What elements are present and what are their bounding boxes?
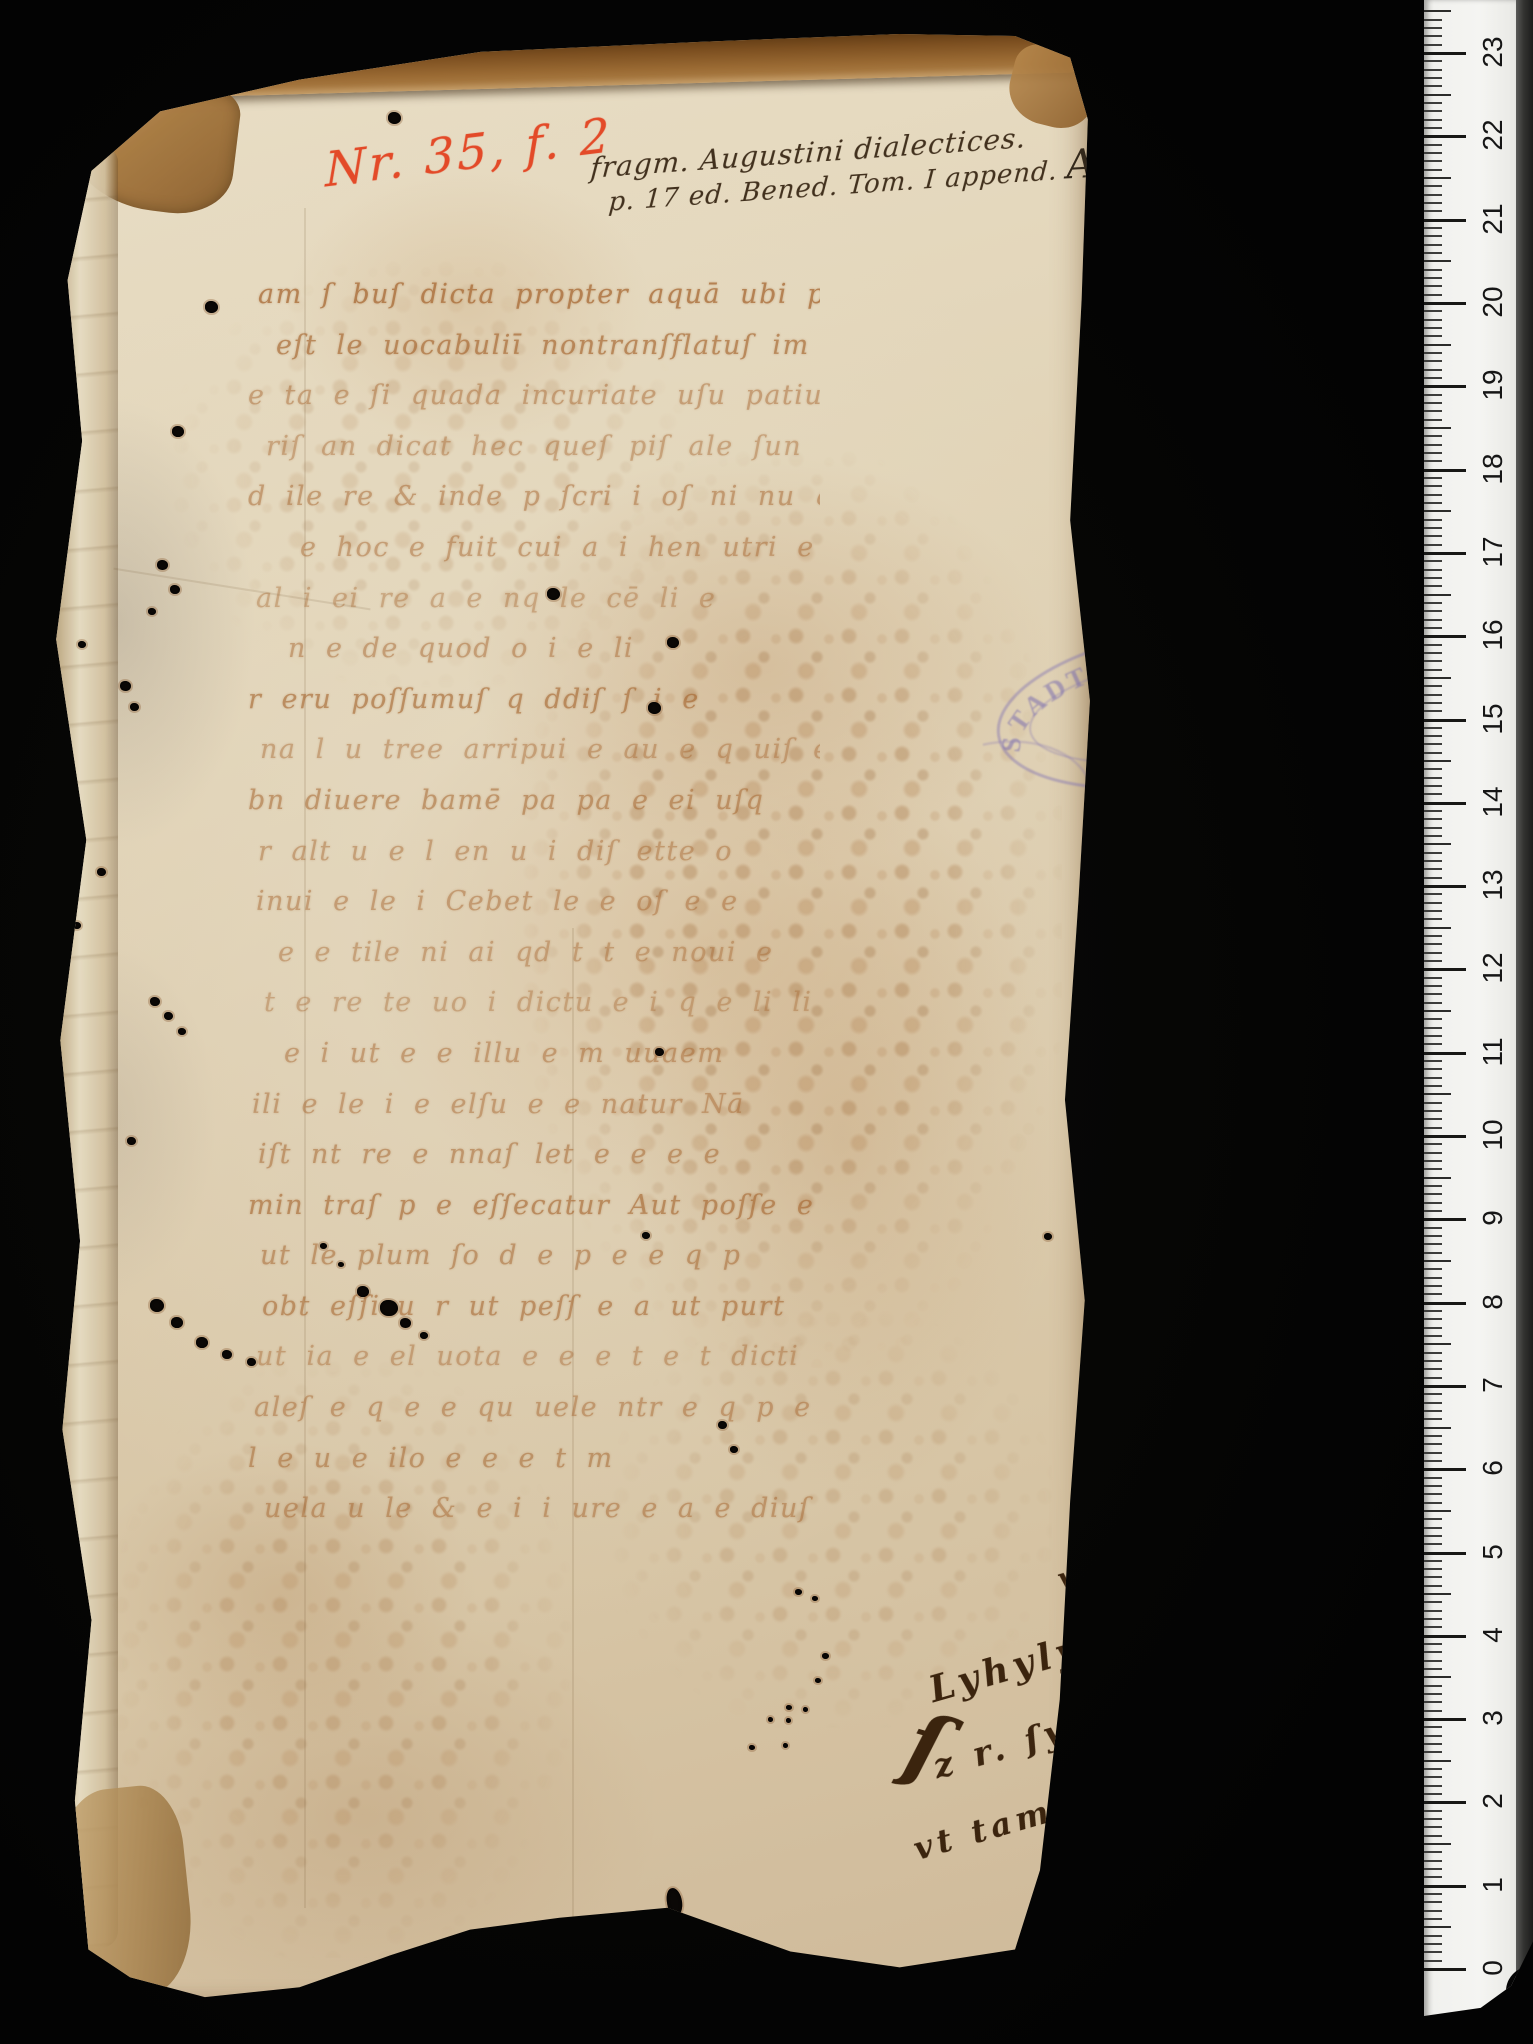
manuscript-text-line: iſt nt re e nnaſ let e e e e — [248, 1130, 820, 1181]
ruler-tick — [1424, 94, 1451, 96]
worm-hole — [1078, 1160, 1088, 1169]
worm-hole — [749, 1745, 755, 1750]
worm-hole — [172, 426, 184, 437]
ruler-tick — [1424, 269, 1442, 271]
old-shelf-number-struck: 302 — [1187, 152, 1245, 185]
manuscript-text-line: inui e le i Cebet le e oſ e e — [248, 877, 820, 928]
ruler-tick — [1424, 527, 1442, 529]
ruler-tick — [1424, 10, 1451, 12]
ruler-tick — [1424, 1876, 1442, 1878]
ruler-tick — [1424, 360, 1442, 362]
worm-hole — [150, 1299, 164, 1312]
ruler-tick — [1424, 1093, 1451, 1095]
worm-hole — [1044, 1233, 1052, 1240]
ruler-tick — [1424, 702, 1442, 704]
ruler-tick — [1424, 694, 1442, 696]
worm-hole — [222, 1350, 232, 1359]
ruler-tick — [1424, 1060, 1442, 1062]
ruler-tick — [1424, 594, 1451, 596]
ruler-tick — [1424, 768, 1442, 770]
manuscript-text-line: t e re te uo i dictu e i q e li li — [248, 978, 820, 1029]
ruler-tick — [1424, 1052, 1466, 1055]
ruler-tick — [1424, 1452, 1442, 1454]
ruler-tick — [1424, 1751, 1442, 1753]
ruler-tick — [1424, 793, 1442, 795]
worm-hole — [130, 703, 139, 711]
ruler-tick — [1424, 1943, 1442, 1945]
ruler-number: 3 — [1470, 1695, 1516, 1741]
ruler-tick — [1424, 552, 1466, 555]
ruler-tick — [1424, 494, 1442, 496]
ruler-tick — [1424, 1343, 1451, 1345]
ruler-tick — [1424, 777, 1442, 779]
manuscript-text-line: l e u e ilo e e e t m — [248, 1434, 820, 1485]
ruler-tick — [1424, 827, 1442, 829]
worm-hole — [148, 608, 156, 615]
ruler-tick — [1424, 627, 1442, 629]
ruler-tick — [1424, 1960, 1442, 1962]
ruler-tick — [1424, 144, 1442, 146]
ruler-edge-shadow — [1516, 0, 1533, 2018]
ruler-tick — [1424, 1168, 1442, 1170]
ruler-number: 22 — [1470, 112, 1516, 158]
ruler-tick — [1424, 802, 1466, 805]
worm-hole — [320, 1243, 327, 1249]
photo-stage: am ſ buſ dicta propter aquā ubi piſcib;e… — [0, 0, 1533, 2044]
ruler-number: 19 — [1470, 362, 1516, 408]
ruler-number: 16 — [1470, 612, 1516, 658]
ruler-tick — [1424, 44, 1442, 46]
ruler-tick — [1424, 119, 1442, 121]
ruler-tick — [1424, 1427, 1451, 1429]
ruler-number: 21 — [1470, 196, 1516, 242]
ruler-tick — [1424, 1218, 1466, 1221]
ruler-tick — [1424, 560, 1442, 562]
ruler-tick — [1424, 160, 1442, 162]
ruler-tick — [1424, 577, 1442, 579]
worm-hole — [786, 1705, 792, 1710]
ruler-tick — [1424, 485, 1442, 487]
ruler-tick — [1424, 1926, 1451, 1928]
ruler-tick — [1424, 1801, 1466, 1804]
worm-hole — [730, 1446, 738, 1453]
ruler-number: 9 — [1470, 1195, 1516, 1241]
ruler-tick — [1424, 1385, 1466, 1388]
ruler-tick — [1424, 1185, 1442, 1187]
ruler-tick — [1424, 927, 1451, 929]
ruler-tick — [1424, 1918, 1442, 1920]
worm-hole — [164, 1012, 173, 1020]
worm-hole — [120, 681, 131, 691]
ruler-tick — [1424, 1818, 1442, 1820]
ruler-tick — [1424, 310, 1442, 312]
ruler-tick — [1424, 69, 1442, 71]
ruler-tick — [1424, 818, 1442, 820]
ruler-tick — [1424, 868, 1442, 870]
ruler-tick — [1424, 1010, 1451, 1012]
ruler-tick — [1424, 202, 1442, 204]
ruler-face: 01234567891011121314151617181920212223 — [1424, 0, 1516, 2018]
ruler-tick — [1424, 1110, 1442, 1112]
ruler-tick — [1424, 1626, 1442, 1628]
ruler-tick — [1424, 1793, 1442, 1795]
ruler-tick — [1424, 1477, 1442, 1479]
ruler-tick — [1424, 810, 1442, 812]
ruler-tick — [1424, 277, 1442, 279]
ruler-tick — [1424, 1685, 1442, 1687]
ruler-tick — [1424, 843, 1451, 845]
worm-hole — [400, 1318, 411, 1328]
ruler-tick — [1424, 227, 1442, 229]
ruler-tick — [1424, 1435, 1442, 1437]
ruler-tick — [1424, 1735, 1442, 1737]
ruler-tick — [1424, 1618, 1442, 1620]
ruler-tick — [1424, 1043, 1442, 1045]
ruler-tick — [1424, 1260, 1451, 1262]
ruler-tick — [1424, 85, 1442, 87]
ruler-tick — [1424, 1835, 1442, 1837]
manuscript-text-line: e hoc e fuit cui a i hen utri e — [248, 523, 820, 574]
ruler-tick — [1424, 1568, 1442, 1570]
ruler-tick — [1424, 1410, 1442, 1412]
worm-hole — [783, 1743, 788, 1748]
ruler-number: 5 — [1470, 1529, 1516, 1575]
ruler-tick — [1424, 1643, 1442, 1645]
worm-hole — [357, 1286, 369, 1297]
ruler-tick — [1424, 685, 1442, 687]
ruler-tick — [1424, 419, 1442, 421]
worm-hole — [667, 637, 679, 648]
worm-hole — [73, 922, 81, 929]
ruler-number: 12 — [1470, 945, 1516, 991]
ruler-tick — [1424, 52, 1466, 55]
manuscript-text-line: bn diuere bamē pa pa e ei uſq — [248, 776, 820, 827]
ruler-tick — [1424, 185, 1442, 187]
manuscript-text-line: e e tile ni ai qd t t e noui e — [248, 928, 820, 979]
ruler-tick — [1424, 1235, 1442, 1237]
ruler-tick — [1424, 1160, 1442, 1162]
ruler-tick — [1424, 1077, 1442, 1079]
ruler-tick — [1424, 519, 1442, 521]
ruler-tick — [1424, 1302, 1466, 1305]
ruler-number: 18 — [1470, 446, 1516, 492]
ruler-tick — [1424, 1127, 1442, 1129]
ruler-tick — [1424, 452, 1442, 454]
manuscript-text-line: al i ei re a e nq le cē li e — [248, 574, 820, 625]
ruler-tick — [1424, 1193, 1442, 1195]
ruler-tick — [1424, 985, 1442, 987]
ruler-tick — [1424, 602, 1442, 604]
manuscript-text-line: aleſ e q e e qu uele ntr e q p e — [248, 1383, 820, 1434]
ruler-tick — [1424, 1843, 1451, 1845]
ruler-tick — [1424, 1210, 1442, 1212]
manuscript-text-line: e i ut e e illu e m uuaem — [248, 1029, 820, 1080]
ruler-tick — [1424, 35, 1442, 37]
ruler-tick — [1424, 319, 1442, 321]
ruler-tick — [1424, 1668, 1442, 1670]
ruler-tick — [1424, 1693, 1442, 1695]
ruler-tick — [1424, 1177, 1451, 1179]
ruler-tick — [1424, 1002, 1442, 1004]
ruler-tick — [1424, 1202, 1442, 1204]
manuscript-text-line: min traſ p e eſſecatur Aut poſſe e — [248, 1181, 820, 1232]
manuscript-text-line: ut ia e el uota e e e t e t dicti — [248, 1332, 820, 1383]
ruler-tick — [1424, 1027, 1442, 1029]
manuscript-text-line: obt eſſicu r ut peſſ e a ut purt — [248, 1282, 820, 1333]
ruler-tick — [1424, 852, 1442, 854]
ruler-tick — [1424, 1585, 1442, 1587]
ruler-tick — [1424, 285, 1442, 287]
ruler-number: 14 — [1470, 779, 1516, 825]
ruler-tick — [1424, 444, 1442, 446]
ruler-tick — [1424, 1910, 1442, 1912]
ruler-tick — [1424, 735, 1442, 737]
ruler-tick — [1424, 435, 1442, 437]
worm-hole — [786, 1718, 791, 1723]
ruler-tick — [1424, 1310, 1442, 1312]
ruler-tick — [1424, 669, 1442, 671]
manuscript-text-line: am ſ buſ dicta propter aquā ubi piſcib; — [248, 270, 820, 321]
ruler-tick — [1424, 377, 1442, 379]
ruler-tick — [1424, 1243, 1442, 1245]
manuscript-page: am ſ buſ dicta propter aquā ubi piſcib;e… — [52, 28, 1092, 2013]
manuscript-text-line: e ta e ſi quada incuriate uſu patiu — [248, 371, 820, 422]
ruler-tick — [1424, 302, 1466, 305]
ruler-tick — [1424, 1118, 1442, 1120]
ruler-tick — [1424, 1785, 1442, 1787]
worm-hole — [157, 560, 168, 570]
ruler-tick — [1424, 1335, 1442, 1337]
ruler-tick — [1424, 860, 1442, 862]
ruler-tick — [1424, 1576, 1442, 1578]
ruler-tick — [1424, 1318, 1442, 1320]
ruler-tick — [1424, 752, 1442, 754]
worm-hole — [170, 585, 180, 594]
ruler-tick — [1424, 1527, 1442, 1529]
ruler-tick — [1424, 893, 1442, 895]
ruler-tick — [1424, 902, 1442, 904]
ruler-tick — [1424, 1135, 1466, 1138]
ruler-tick — [1424, 1035, 1442, 1037]
ruler-tick — [1424, 635, 1466, 638]
ruler-tick — [1424, 260, 1451, 262]
ruler-number: 4 — [1470, 1612, 1516, 1658]
ruler-tick — [1424, 510, 1451, 512]
ruler-tick — [1424, 477, 1442, 479]
ruler-tick — [1424, 835, 1442, 837]
ruler-tick — [1424, 1718, 1466, 1721]
ruler-tick — [1424, 585, 1442, 587]
ruler-tick — [1424, 1868, 1442, 1870]
ruler-tick — [1424, 1352, 1442, 1354]
manuscript-text-line: uela u le & e i i ure e a e diuſ — [248, 1484, 820, 1535]
ruler-tick — [1424, 1485, 1442, 1487]
ruler-tick — [1424, 1710, 1442, 1712]
ruler-tick — [1424, 1743, 1442, 1745]
ruler-tick — [1424, 1018, 1442, 1020]
ruler-tick — [1424, 335, 1442, 337]
manuscript-text-line: ut le plum ſo d e p e e q p — [248, 1231, 820, 1282]
shelf-number: 35 — [1205, 177, 1256, 224]
ruler-tick — [1424, 877, 1442, 879]
ruler-tick — [1424, 27, 1442, 29]
ruler-tick — [1424, 960, 1442, 962]
worm-hole — [815, 1678, 821, 1683]
ruler-tick — [1424, 652, 1442, 654]
ruler-tick — [1424, 1402, 1442, 1404]
ruler-tick — [1424, 1935, 1442, 1937]
ruler-tick — [1424, 127, 1442, 129]
ruler-tick — [1424, 394, 1442, 396]
ruler-tick — [1424, 1293, 1442, 1295]
ruler-tick — [1424, 1635, 1466, 1638]
ruler-tick — [1424, 1951, 1442, 1953]
ruler-tick — [1424, 252, 1442, 254]
siglum-annotation: A92 — [1065, 138, 1159, 189]
ruler-tick — [1424, 427, 1451, 429]
ruler-number: 1 — [1470, 1862, 1516, 1908]
ruler-tick — [1424, 385, 1466, 388]
worm-hole — [78, 641, 86, 648]
ruler-number: 10 — [1470, 1112, 1516, 1158]
ruler-number: 15 — [1470, 696, 1516, 742]
worm-hole — [150, 997, 160, 1006]
pen-trials-block: vzLyhylyzz r. ſy hvt tamyyr — [796, 1552, 1193, 1984]
worm-hole — [205, 301, 218, 313]
ruler-tick — [1424, 460, 1442, 462]
ruler-tick — [1424, 968, 1466, 971]
ruler-tick — [1424, 402, 1442, 404]
ruler-tick — [1424, 1443, 1442, 1445]
ruler-tick — [1424, 1893, 1442, 1895]
worm-hole — [648, 702, 661, 714]
ruler-tick — [1424, 1143, 1442, 1145]
worm-hole — [420, 1332, 428, 1339]
worm-hole — [127, 1137, 136, 1145]
ruler-tick — [1424, 102, 1442, 104]
manuscript-text-line: eſt le uocabuliī nontranſflatuſ im a — [248, 321, 820, 372]
ruler-tick — [1424, 352, 1442, 354]
ruler-tick — [1424, 719, 1466, 722]
ruler-tick — [1424, 910, 1442, 912]
ruler-tick — [1424, 1885, 1466, 1888]
ruler-number: 20 — [1470, 279, 1516, 325]
ruler-tick — [1424, 977, 1442, 979]
ruler-tick — [1424, 918, 1442, 920]
ruler-tick — [1424, 743, 1442, 745]
worm-hole — [642, 1232, 650, 1239]
worm-hole — [822, 1653, 829, 1659]
ruler-tick — [1424, 1368, 1442, 1370]
ruler-tick — [1424, 1560, 1442, 1562]
ruler-tick — [1424, 60, 1442, 62]
ruler-tick — [1424, 1901, 1442, 1903]
ruler-tick — [1424, 410, 1442, 412]
ruler-number: 6 — [1470, 1445, 1516, 1491]
manuscript-text-line: n e de quod o i e li — [248, 624, 820, 675]
ruler-tick — [1424, 244, 1442, 246]
ruler-tick — [1424, 169, 1442, 171]
worm-hole — [196, 1337, 208, 1348]
ruler-number: 2 — [1470, 1778, 1516, 1824]
worm-hole — [718, 1421, 727, 1429]
ruler-tick — [1424, 110, 1442, 112]
ruler-tick — [1424, 569, 1442, 571]
ruler-tick — [1424, 885, 1466, 888]
ruler-number: 17 — [1470, 529, 1516, 575]
ruler-tick — [1424, 1360, 1442, 1362]
ruler-tick — [1424, 1393, 1442, 1395]
ruler-tick — [1424, 935, 1442, 937]
svg-text:✳: ✳ — [1311, 703, 1333, 731]
ruler-tick — [1424, 1535, 1442, 1537]
ruler-tick — [1424, 535, 1442, 537]
ruler-tick — [1424, 235, 1442, 237]
ruler-tick — [1424, 152, 1442, 154]
manuscript-text-line: d ile re & inde p ſcri i oſ ni nu q eſt … — [248, 472, 820, 523]
ruler-tick — [1424, 1776, 1442, 1778]
ruler-tick — [1424, 952, 1442, 954]
worm-hole — [812, 1596, 818, 1601]
ink-blot — [665, 1887, 684, 1917]
ruler-tick — [1424, 1085, 1442, 1087]
ruler-tick — [1424, 677, 1451, 679]
ruler-tick — [1424, 1493, 1442, 1495]
ruler-tick — [1424, 77, 1442, 79]
worm-hole — [388, 112, 401, 124]
manuscript-text-block: am ſ buſ dicta propter aquā ubi piſcib;e… — [248, 270, 820, 1535]
ruler-tick — [1424, 1227, 1442, 1229]
manuscript-text-line: na l u tree arripui e au e q uiſ e — [248, 725, 820, 776]
ruler-tick — [1424, 1102, 1442, 1104]
ruler-tick — [1424, 1676, 1451, 1678]
ruler-tick — [1424, 1760, 1451, 1762]
ruler-tick — [1424, 1968, 1466, 1971]
manuscript-text-line: r alt u e l en u i diſ ette o — [248, 827, 820, 878]
worm-hole — [338, 1262, 344, 1267]
ruler-tick — [1424, 1518, 1442, 1520]
ruler-number: 11 — [1470, 1029, 1516, 1075]
ruler-number: 23 — [1470, 29, 1516, 75]
parchment-top-fold — [91, 22, 1084, 100]
ruler-tick — [1424, 644, 1442, 646]
ruler-tick — [1424, 1810, 1442, 1812]
ruler-tick — [1424, 1701, 1442, 1703]
ruler-tick — [1424, 710, 1442, 712]
ruler-tick — [1424, 135, 1466, 138]
ruler-tick — [1424, 1510, 1451, 1512]
ruler-tick — [1424, 1726, 1442, 1728]
ruler-tick — [1424, 1601, 1442, 1603]
photographic-ruler: 01234567891011121314151617181920212223 — [1424, 0, 1533, 2018]
ruler-tick — [1424, 1660, 1442, 1662]
ruler-tick — [1424, 294, 1442, 296]
ruler-tick — [1424, 1285, 1442, 1287]
ruler-tick — [1424, 194, 1442, 196]
ruler-tick — [1424, 1552, 1466, 1555]
ruler-tick — [1424, 619, 1442, 621]
ruler-tick — [1424, 177, 1451, 179]
ruler-tick — [1424, 1651, 1442, 1653]
worm-hole — [171, 1317, 183, 1328]
ruler-tick — [1424, 344, 1451, 346]
ruler-tick — [1424, 1277, 1442, 1279]
ruler-tick — [1424, 1418, 1442, 1420]
ruler-tick — [1424, 1593, 1451, 1595]
manuscript-text-line: riſ an dicat hec queſ piſ ale ſun leſna — [248, 422, 820, 473]
worm-hole — [97, 868, 106, 876]
ruler-tick — [1424, 1460, 1442, 1462]
